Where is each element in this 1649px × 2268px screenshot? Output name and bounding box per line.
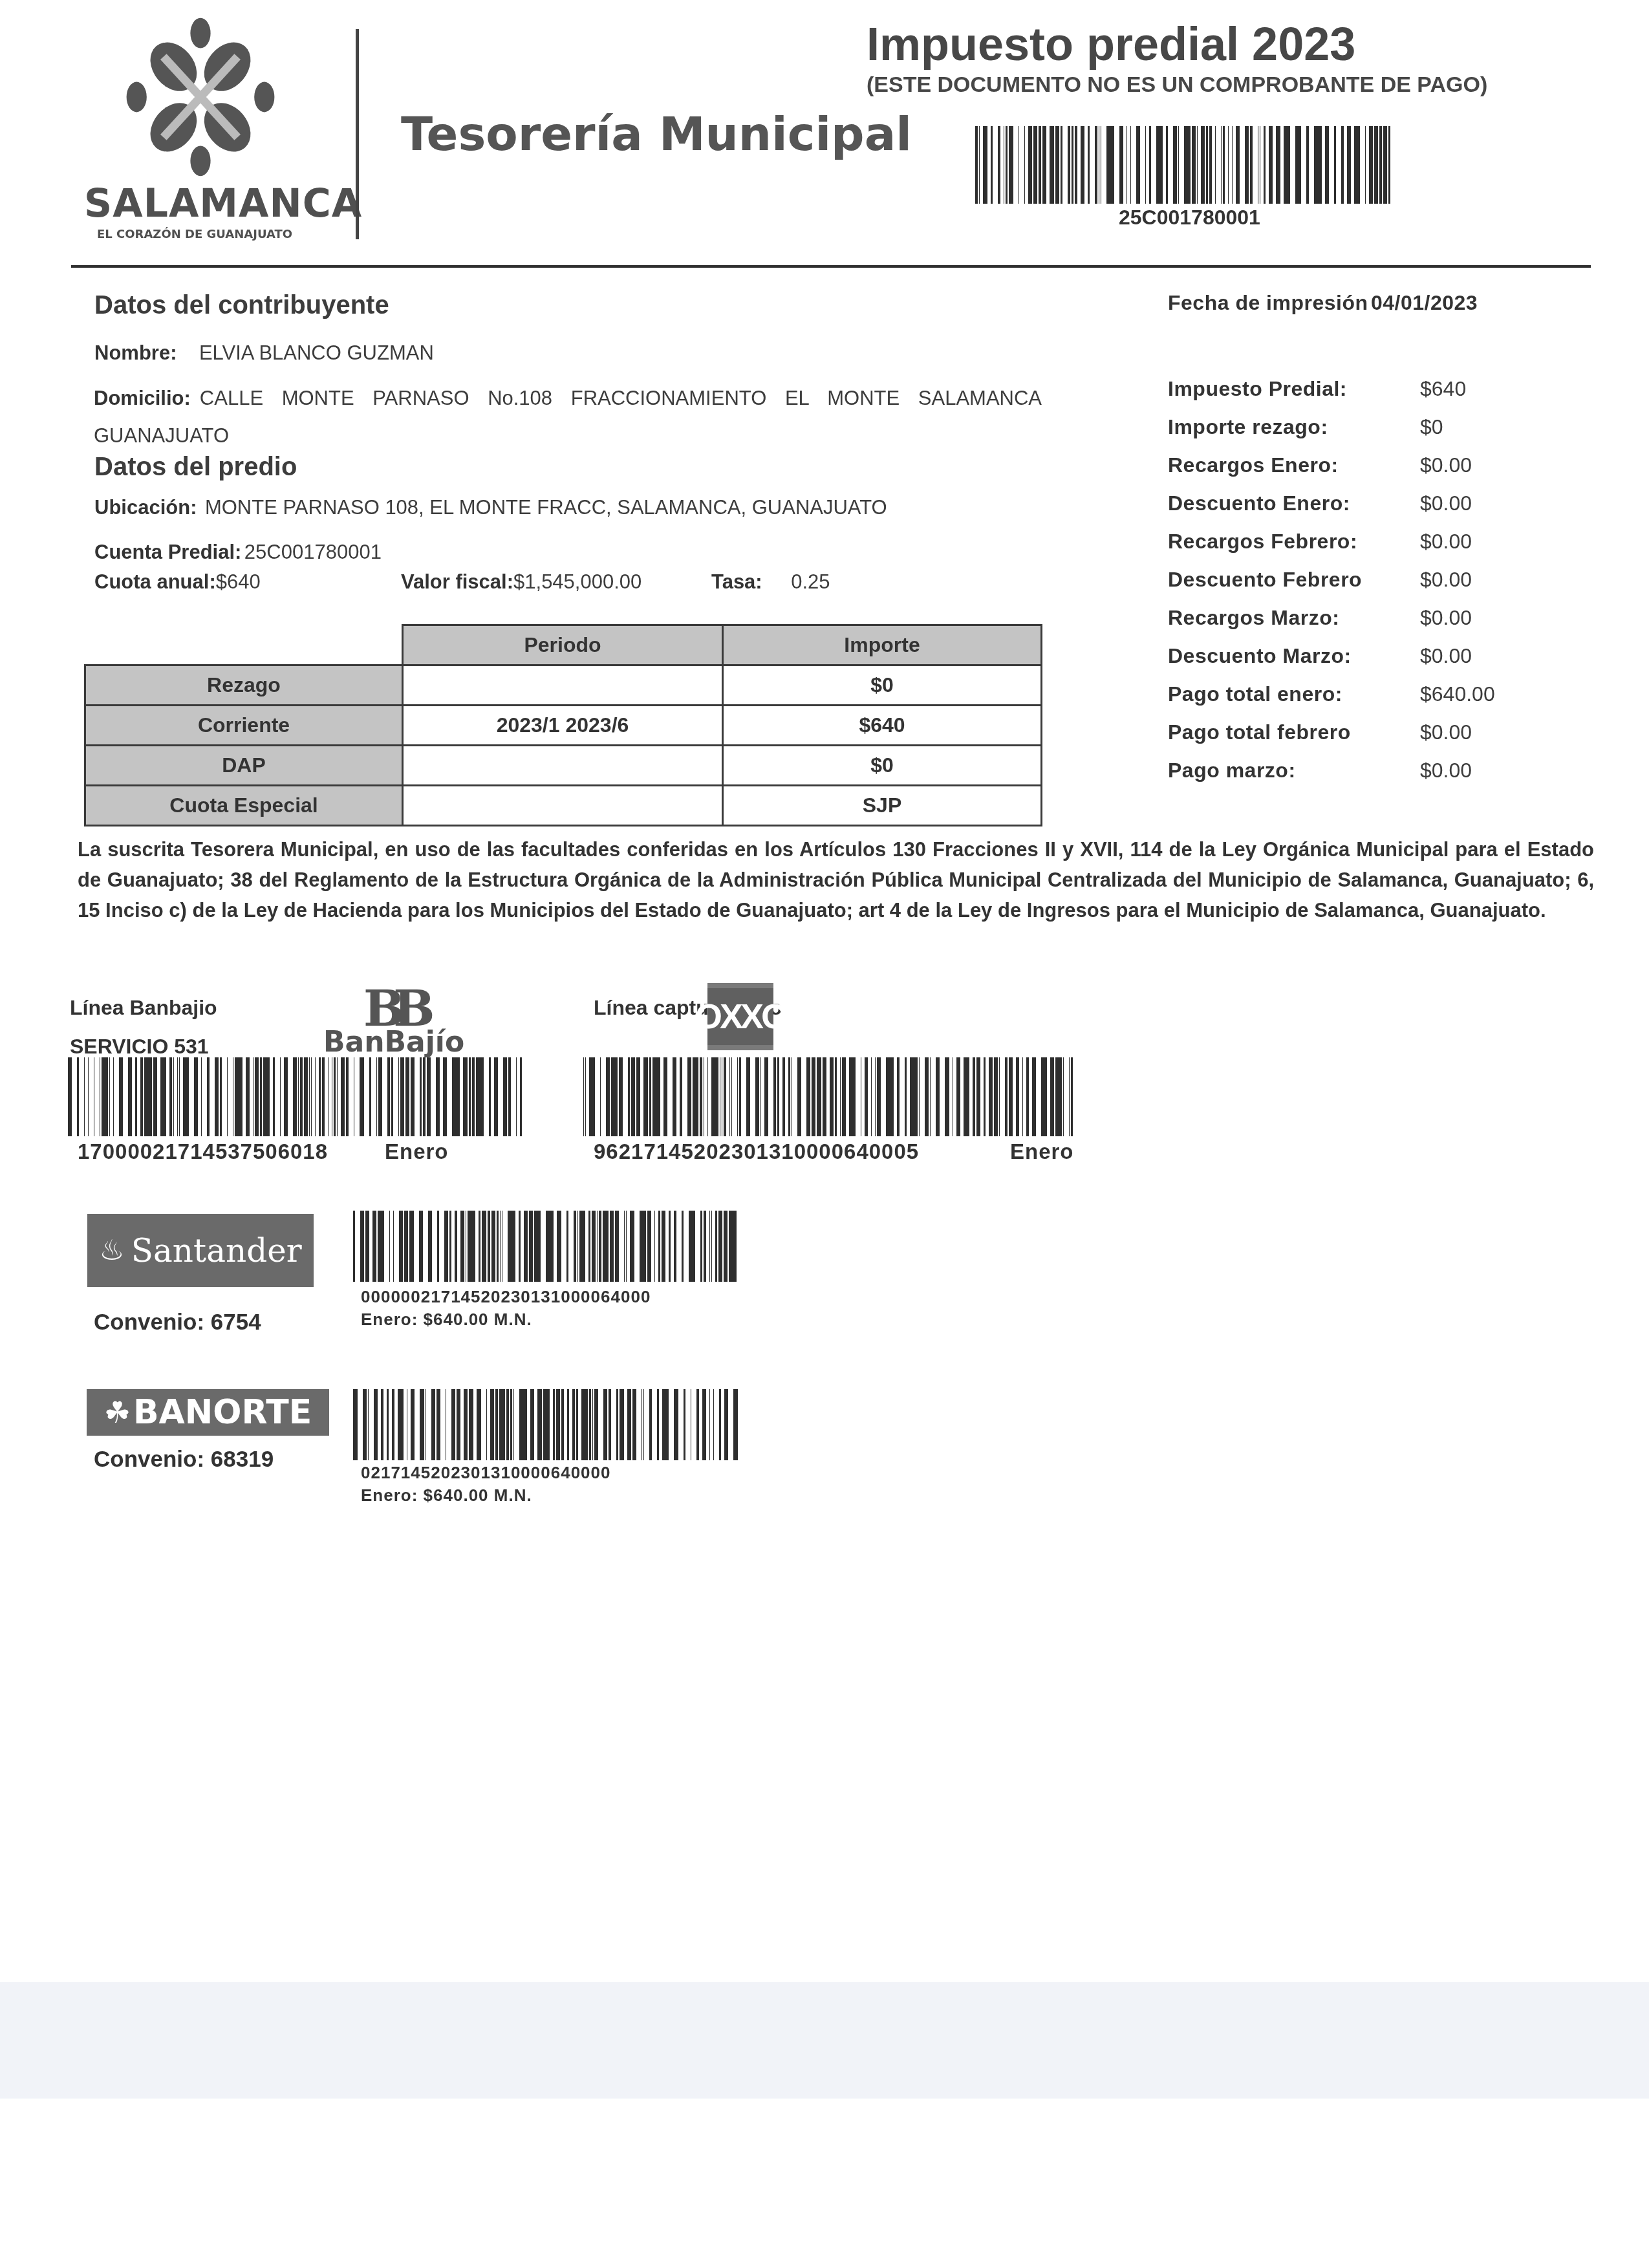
- legal-text: La suscrita Tesorera Municipal, en uso d…: [78, 834, 1594, 925]
- barcode-bar: [293, 1057, 297, 1136]
- barcode-bar: [1009, 1057, 1013, 1136]
- summary-value: $0.00: [1420, 606, 1472, 630]
- barcode-bar: [524, 1211, 528, 1282]
- barcode-bar: [494, 1057, 498, 1136]
- barcode-bar: [273, 1057, 275, 1136]
- barcode-bar: [486, 1389, 487, 1460]
- barcode-bar: [466, 1211, 466, 1282]
- fiscal-value-row: Valor fiscal:$1,545,000.00: [401, 570, 641, 594]
- barcode-bar: [910, 1057, 918, 1136]
- barcode-bar: [1016, 1057, 1020, 1136]
- barcode-bar: [1009, 126, 1013, 204]
- barcode-bar: [160, 1057, 166, 1136]
- barcode-bar: [109, 1057, 110, 1136]
- barcode-bar: [1024, 126, 1025, 204]
- barcode-bar: [975, 126, 978, 204]
- summary-row: Descuento Marzo:$0.00: [1168, 637, 1495, 675]
- banorte-logo: ☘ BANORTE: [87, 1389, 329, 1436]
- barcode-bar: [173, 1057, 174, 1136]
- barcode-bar: [1136, 126, 1140, 204]
- table-row: Cuota Especial SJP: [85, 786, 1042, 826]
- barcode-bar: [589, 1057, 595, 1136]
- barcode-bar: [1130, 126, 1131, 204]
- banorte-symbol-icon: ☘: [104, 1395, 131, 1430]
- header-period: Periodo: [403, 625, 723, 665]
- barcode-bar: [669, 1211, 671, 1282]
- property-section-title: Datos del predio: [94, 453, 297, 482]
- property-account-row: Cuenta Predial: 25C001780001: [94, 541, 382, 564]
- barcode-bar: [246, 1057, 250, 1136]
- barcode-bar: [649, 1389, 652, 1460]
- barcode-bar: [1081, 126, 1084, 204]
- barcode-bar: [451, 1389, 455, 1460]
- barcode-bar: [643, 1389, 644, 1460]
- barcode-bar: [704, 1057, 704, 1136]
- header-amount: Importe: [723, 625, 1042, 665]
- row-amount: SJP: [723, 786, 1042, 826]
- summary-value: $0.00: [1420, 720, 1472, 744]
- barcode-bar: [503, 1057, 507, 1136]
- barcode-bar: [365, 1211, 369, 1282]
- summary-value: $640: [1420, 377, 1466, 401]
- barcode-bar: [835, 1057, 837, 1136]
- barcode-bar: [1050, 1057, 1054, 1136]
- barcode-bar: [964, 1057, 969, 1136]
- banbajio-logo-text: BanBajío: [323, 1026, 464, 1059]
- account-label: Cuenta Predial:: [94, 541, 241, 563]
- summary-label: Recargos Febrero:: [1168, 530, 1420, 554]
- barcode-bar: [1095, 126, 1097, 204]
- row-period: [403, 746, 723, 786]
- barcode-bar: [715, 1211, 717, 1282]
- banbajio-service: SERVICIO 531: [70, 1035, 209, 1059]
- barcode-bar: [354, 1057, 354, 1136]
- barcode-bar: [1209, 126, 1212, 204]
- barcode-bar: [1314, 126, 1322, 204]
- barcode-bar: [1306, 126, 1309, 204]
- barcode-bar: [500, 1211, 501, 1282]
- location-label: Ubicación:: [94, 496, 197, 519]
- address-label: Domicilio:: [94, 387, 191, 409]
- barcode-bar: [460, 1211, 464, 1282]
- barcode-bar: [806, 1057, 810, 1136]
- barcode-bar: [341, 1057, 345, 1136]
- barcode-bar: [849, 1057, 855, 1136]
- barcode-bar: [1334, 126, 1337, 204]
- summary-row: Descuento Febrero$0.00: [1168, 561, 1495, 599]
- barcode-bar: [919, 1057, 920, 1136]
- barcode-bar: [673, 1057, 676, 1136]
- barcode-bar: [583, 1057, 584, 1136]
- summary-row: Pago total enero:$640.00: [1168, 675, 1495, 713]
- barcode-bar: [1063, 1057, 1064, 1136]
- barcode-bar: [603, 1211, 609, 1282]
- barcode-bar: [865, 1057, 868, 1136]
- barcode-bar: [437, 1211, 439, 1282]
- rate-row: Tasa: 0.25: [711, 570, 830, 594]
- annual-fee-row: Cuota anual:$640: [94, 570, 261, 594]
- barcode-bar: [389, 1211, 390, 1282]
- barcode-bar: [530, 1389, 534, 1460]
- barcode-bar: [1215, 126, 1216, 204]
- summary-label: Pago total enero:: [1168, 682, 1420, 706]
- summary-value: $0.00: [1420, 453, 1472, 477]
- barcode-bar: [724, 1211, 727, 1282]
- barcode-bar: [405, 1057, 409, 1136]
- barcode-bar: [519, 1389, 527, 1460]
- barcode-bar: [398, 1389, 404, 1460]
- row-concept: Cuota Especial: [85, 786, 403, 826]
- document-subtitle: (ESTE DOCUMENTO NO ES UN COMPROBANTE DE …: [867, 72, 1487, 98]
- barcode-bar: [529, 1211, 533, 1282]
- barcode-bar: [1006, 126, 1008, 204]
- barcode-bar: [998, 126, 1000, 204]
- barcode-bar: [682, 1211, 684, 1282]
- barcode-bar: [592, 1389, 593, 1460]
- summary-row: Descuento Enero:$0.00: [1168, 484, 1495, 523]
- summary-value: $640.00: [1420, 682, 1495, 706]
- summary-label: Recargos Marzo:: [1168, 606, 1420, 630]
- barcode-bar: [953, 1057, 953, 1136]
- barcode-bar: [446, 1389, 446, 1460]
- barcode-bar: [497, 1211, 499, 1282]
- barcode-bar: [1050, 126, 1054, 204]
- barcode-bar: [979, 126, 980, 204]
- taxpayer-name: ELVIA BLANCO GUZMAN: [199, 341, 434, 364]
- barcode-bar: [431, 1389, 435, 1460]
- barcode-bar: [253, 1057, 253, 1136]
- barcode-bar: [611, 1057, 617, 1136]
- barcode-bar: [1039, 126, 1041, 204]
- barcode-bar: [177, 1057, 178, 1136]
- barcode-bar: [739, 1057, 741, 1136]
- row-amount: $640: [723, 706, 1042, 746]
- barcode-bar: [1101, 126, 1101, 204]
- period-table: Periodo Importe Rezago $0 Corriente 2023…: [84, 624, 1042, 826]
- barcode-bar: [1232, 126, 1233, 204]
- barcode-bar: [128, 1057, 132, 1136]
- barcode-bar: [436, 1389, 440, 1460]
- oxxo-reference: 96217145202301310000640005: [594, 1139, 919, 1164]
- property-location: MONTE PARNASO 108, EL MONTE FRACC, SALAM…: [205, 496, 887, 519]
- barcode-bar: [647, 1211, 651, 1282]
- barcode-bar: [88, 1057, 89, 1136]
- barcode-bar: [711, 1211, 712, 1282]
- barcode-bar: [720, 1057, 720, 1136]
- barcode-bar: [489, 1057, 491, 1136]
- barcode-bar: [398, 1057, 399, 1136]
- table-header-row: Periodo Importe: [85, 625, 1042, 665]
- barcode-bar: [457, 1389, 460, 1460]
- barcode-bar: [179, 1057, 180, 1136]
- barcode-bar: [689, 1211, 695, 1282]
- barcode-bar: [372, 1211, 376, 1282]
- summary-row: Recargos Marzo:$0.00: [1168, 599, 1495, 637]
- barcode-bar: [643, 1057, 648, 1136]
- barcode-bar: [100, 1057, 100, 1136]
- barcode-bar: [579, 1211, 585, 1282]
- barcode-bar: [1325, 126, 1329, 204]
- santander-agreement: Convenio: 6754: [94, 1310, 261, 1335]
- barcode-bar: [566, 1211, 568, 1282]
- barcode-bar: [984, 1057, 986, 1136]
- barcode-bar: [381, 1389, 383, 1460]
- property-account: 25C001780001: [244, 541, 382, 563]
- barcode-bar: [592, 1211, 596, 1282]
- barcode-bar: [363, 1389, 367, 1460]
- summary-value: $0: [1420, 415, 1443, 439]
- barcode-bar: [346, 1057, 348, 1136]
- barcode-bar: [399, 1211, 403, 1282]
- barcode-bar: [773, 1057, 775, 1136]
- barcode-bar: [588, 1211, 590, 1282]
- barcode-bar: [409, 1211, 414, 1282]
- barcode-bar: [632, 1389, 636, 1460]
- barcode-bar: [419, 1211, 423, 1282]
- row-concept: Rezago: [85, 665, 403, 706]
- barcode-bar: [610, 1211, 614, 1282]
- barcode-bar: [585, 1057, 586, 1136]
- barcode-bar: [722, 1057, 722, 1136]
- banorte-reference: 0217145202301310000640000: [361, 1463, 611, 1483]
- rate-value: 0.25: [791, 570, 830, 593]
- row-period: [403, 665, 723, 706]
- barcode-bar: [444, 1211, 448, 1282]
- barcode-bar: [400, 1057, 404, 1136]
- barcode-bar: [930, 1057, 931, 1136]
- barcode-bar: [709, 1211, 710, 1282]
- oxxo-month: Enero: [1010, 1139, 1074, 1164]
- barcode-bar: [469, 1057, 471, 1136]
- barcode-bar: [687, 1057, 691, 1136]
- barcode-bar: [711, 1057, 719, 1136]
- barcode-bar: [428, 1211, 432, 1282]
- row-period: [403, 786, 723, 826]
- barcode-bar: [68, 1057, 72, 1136]
- barcode-bar: [886, 1057, 894, 1136]
- property-location-row: Ubicación: MONTE PARNASO 108, EL MONTE F…: [94, 496, 887, 519]
- row-concept: Corriente: [85, 706, 403, 746]
- barcode-bar: [94, 1057, 94, 1136]
- account-barcode-number: 25C001780001: [1119, 206, 1260, 230]
- barcode-bar: [576, 1389, 579, 1460]
- barcode-bar: [378, 1057, 382, 1136]
- taxpayer-section-title: Datos del contribuyente: [94, 291, 389, 320]
- account-barcode: [975, 126, 1396, 204]
- barcode-bar: [1365, 126, 1366, 204]
- barcode-bar: [309, 1057, 310, 1136]
- barcode-bar: [652, 1057, 660, 1136]
- barcode-bar: [1245, 126, 1249, 204]
- barcode-bar: [1068, 126, 1070, 204]
- rate-label: Tasa:: [711, 570, 762, 593]
- barcode-bar: [1126, 126, 1127, 204]
- barcode-bar: [420, 1057, 422, 1136]
- barcode-bar: [84, 1057, 85, 1136]
- barcode-bar: [201, 1057, 202, 1136]
- summary-label: Descuento Enero:: [1168, 491, 1420, 515]
- barcode-bar: [235, 1057, 242, 1136]
- banbajio-label: Línea Banbajio: [70, 996, 217, 1020]
- barcode-bar: [144, 1057, 152, 1136]
- santander-flame-icon: ♨: [99, 1234, 124, 1267]
- barcode-bar: [436, 1057, 440, 1136]
- barcode-bar: [1223, 126, 1225, 204]
- barcode-bar: [311, 1057, 312, 1136]
- barcode-bar: [877, 1057, 881, 1136]
- barcode-bar: [423, 1057, 425, 1136]
- banbajio-reference: 17000021714537506018: [78, 1139, 328, 1164]
- summary-label: Pago marzo:: [1168, 759, 1420, 783]
- barcode-bar: [322, 1057, 324, 1136]
- barcode-bar: [508, 1057, 510, 1136]
- salamanca-crest-icon: [116, 13, 285, 181]
- barcode-bar: [1341, 126, 1344, 204]
- barcode-bar: [1156, 126, 1163, 204]
- barcode-bar: [557, 1211, 561, 1282]
- barcode-bar: [284, 1057, 288, 1136]
- barcode-bar: [427, 1057, 431, 1136]
- bleed-through-banner: [0, 1982, 1649, 2099]
- barcode-bar: [1071, 1057, 1073, 1136]
- barcode-bar: [1197, 126, 1198, 204]
- barcode-bar: [707, 1057, 708, 1136]
- barcode-bar: [513, 1389, 514, 1460]
- fiscal-value-label: Valor fiscal:: [401, 570, 513, 593]
- barcode-bar: [999, 1057, 1000, 1136]
- barcode-bar: [1250, 126, 1253, 204]
- barcode-bar: [1236, 126, 1240, 204]
- oxxo-logo-icon: OXXO: [707, 983, 773, 1050]
- barcode-bar: [220, 1057, 222, 1136]
- barcode-bar: [1005, 1057, 1007, 1136]
- row-amount: $0: [723, 665, 1042, 706]
- barcode-bar: [1061, 126, 1063, 204]
- barcode-bar: [332, 1057, 332, 1136]
- barcode-bar: [1072, 126, 1074, 204]
- barcode-bar: [1258, 126, 1258, 204]
- barcode-bar: [534, 1211, 540, 1282]
- barcode-bar: [840, 1057, 841, 1136]
- barcode-bar: [520, 1057, 522, 1136]
- barcode-bar: [374, 1389, 378, 1460]
- barcode-bar: [469, 1389, 473, 1460]
- barcode-bar: [449, 1211, 451, 1282]
- barcode-bar: [387, 1057, 389, 1136]
- barcode-bar: [561, 1389, 564, 1460]
- barcode-bar: [1055, 1057, 1061, 1136]
- summary-value: $0.00: [1420, 568, 1472, 592]
- barcode-bar: [140, 1057, 142, 1136]
- barcode-bar: [516, 1057, 517, 1136]
- fiscal-value: $1,545,000.00: [513, 570, 641, 593]
- barcode-bar: [556, 1389, 560, 1460]
- barcode-bar: [468, 1211, 475, 1282]
- barcode-bar: [1033, 126, 1037, 204]
- barcode-bar: [875, 1057, 876, 1136]
- barcode-bar: [260, 1057, 262, 1136]
- banorte-barcode: [353, 1389, 740, 1460]
- header-divider: [356, 29, 359, 239]
- barcode-bar: [746, 1057, 750, 1136]
- department-name: Tesorería Municipal: [401, 107, 912, 161]
- barcode-bar: [658, 1211, 660, 1282]
- barcode-bar: [693, 1057, 698, 1136]
- barcode-bar: [376, 1057, 377, 1136]
- barcode-bar: [369, 1057, 371, 1136]
- barcode-bar: [1228, 126, 1229, 204]
- barcode-bar: [392, 1389, 394, 1460]
- barcode-bar: [280, 1057, 281, 1136]
- barcode-bar: [597, 1211, 598, 1282]
- barcode-bar: [360, 1057, 364, 1136]
- barcode-bar: [1383, 126, 1387, 204]
- barcode-bar: [1178, 126, 1179, 204]
- barcode-bar: [378, 1211, 383, 1282]
- taxpayer-name-row: Nombre: ELVIA BLANCO GUZMAN: [94, 341, 434, 365]
- barcode-bar: [620, 1389, 624, 1460]
- barcode-bar: [755, 1057, 759, 1136]
- barcode-bar: [1276, 126, 1280, 204]
- summary-row: Pago total febrero$0.00: [1168, 713, 1495, 751]
- barcode-bar: [619, 1057, 623, 1136]
- barcode-bar: [233, 1057, 233, 1136]
- barcode-bar: [830, 1057, 834, 1136]
- barcode-bar: [411, 1057, 415, 1136]
- barcode-bar: [594, 1389, 598, 1460]
- barcode-bar: [455, 1211, 457, 1282]
- barcode-bar: [731, 1057, 732, 1136]
- barcode-bar: [1347, 126, 1351, 204]
- barcode-bar: [905, 1057, 907, 1136]
- barcode-bar: [508, 1211, 515, 1282]
- barcode-bar: [477, 1389, 481, 1460]
- barcode-bar: [702, 1389, 706, 1460]
- barcode-bar: [574, 1211, 576, 1282]
- barcode-bar: [572, 1389, 575, 1460]
- barcode-bar: [1145, 126, 1146, 204]
- summary-row: Recargos Febrero:$0.00: [1168, 523, 1495, 561]
- barcode-bar: [304, 1057, 308, 1136]
- barcode-bar: [700, 1211, 702, 1282]
- barcode-bar: [616, 1389, 619, 1460]
- barcode-bar: [490, 1389, 494, 1460]
- barcode-bar: [353, 1211, 355, 1282]
- barcode-bar: [77, 1057, 79, 1136]
- summary-value: $0.00: [1420, 759, 1472, 783]
- barcode-bar: [263, 1057, 269, 1136]
- barcode-bar: [1088, 126, 1090, 204]
- santander-logo-text: Santander: [131, 1232, 302, 1269]
- barcode-bar: [1069, 1057, 1070, 1136]
- taxpayer-address: CALLE MONTE PARNASO No.108 FRACCIONAMIEN…: [94, 387, 1040, 447]
- barcode-bar: [631, 1057, 635, 1136]
- barcode-bar: [1269, 126, 1273, 204]
- barcode-bar: [812, 1057, 815, 1136]
- barcode-bar: [543, 1389, 550, 1460]
- barcode-bar: [495, 1389, 498, 1460]
- barcode-bar: [1106, 126, 1114, 204]
- row-amount: $0: [723, 746, 1042, 786]
- barcode-bar: [506, 1389, 509, 1460]
- summary-row: Importe rezago:$0: [1168, 408, 1495, 446]
- barcode-bar: [691, 1389, 691, 1460]
- barcode-bar: [823, 1057, 826, 1136]
- tax-summary: Impuesto Predial:$640Importe rezago:$0Re…: [1168, 370, 1495, 790]
- barcode-bar: [994, 1057, 998, 1136]
- barcode-bar: [973, 1057, 975, 1136]
- barcode-bar: [353, 1389, 358, 1460]
